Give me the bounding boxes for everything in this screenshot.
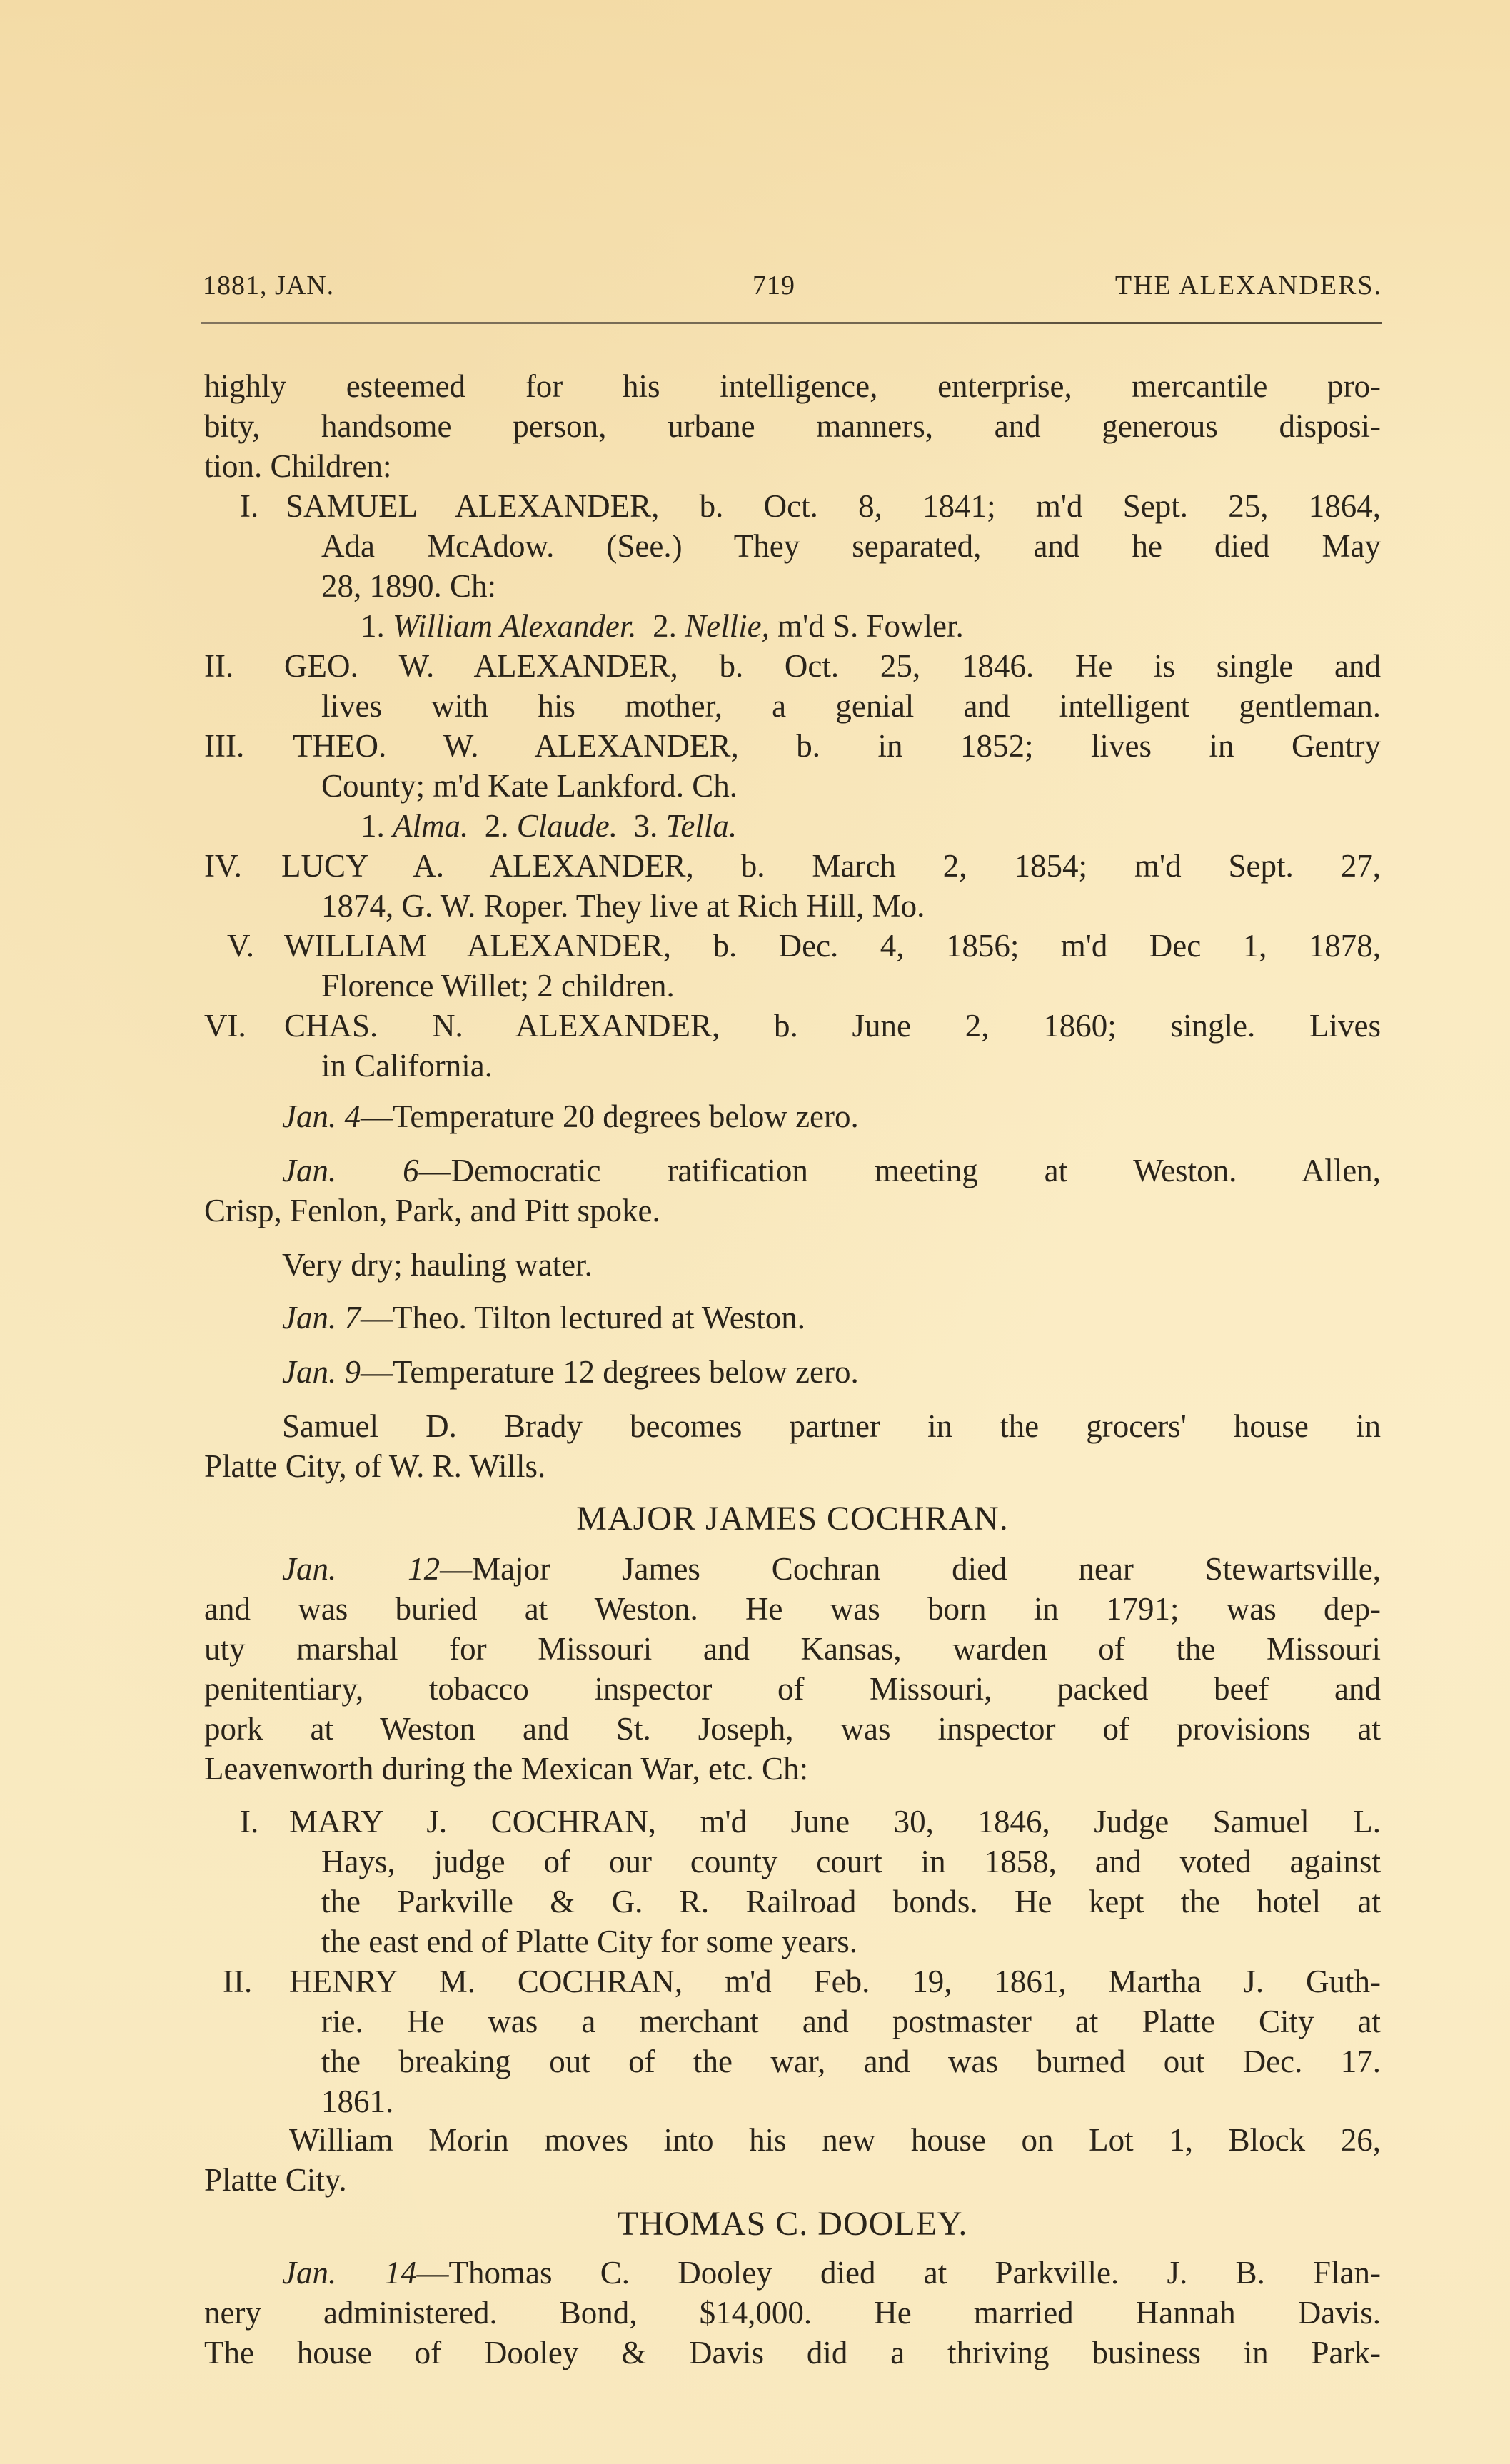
child-numeral: V. [227,926,254,966]
child-entry-line: 28, 1890. Ch: [321,566,496,606]
child-entry-line: MARY J. COCHRAN, m'd June 30, 1846, Judg… [289,1802,1381,1842]
cochran-para-line: uty marshal for Missouri and Kansas, war… [204,1629,1381,1669]
entry-text: —Temperature 12 degrees below zero. [361,1354,859,1390]
cochran-para-line: Jan. 12—Major James Cochran died near St… [282,1549,1381,1589]
header-rule-divider [201,322,1382,324]
entry-text: —Democratic ratification meeting at West… [419,1153,1381,1188]
diary-entry-jan-4: Jan. 4—Temperature 20 degrees below zero… [282,1096,859,1136]
child-entry-line: 1874, G. W. Roper. They live at Rich Hil… [321,886,925,926]
entry-text: —Major James Cochran died near Stewartsv… [440,1551,1381,1587]
running-head: 1881, JAN. 719 THE ALEXANDERS. [203,270,1382,306]
child-numeral: VI. [204,1006,246,1046]
grandchildren-line: 1. Alma. 2. Claude. 3. Tella. [361,806,737,846]
diary-entry-jan-9: Jan. 9—Temperature 12 degrees below zero… [282,1352,859,1392]
child-entry-line: the breaking out of the war, and was bur… [321,2041,1381,2081]
entry-date: Jan. 6 [282,1153,419,1188]
child-entry-line: 1861. [321,2081,393,2121]
child-entry-line: WILLIAM ALEXANDER, b. Dec. 4, 1856; m'd … [284,926,1381,966]
grandchild-number: 3. [634,808,658,844]
grandchild-number: 1. [361,808,385,844]
child-entry-line: lives with his mother, a genial and inte… [321,686,1381,726]
diary-note-brady: Samuel D. Brady becomes partner in the g… [282,1406,1381,1446]
cochran-para-line: penitentiary, tobacco inspector of Misso… [204,1669,1381,1709]
entry-continuation: Crisp, Fenlon, Park, and Pitt spoke. [204,1191,660,1231]
grandchild-name: Alma. [393,808,468,844]
entry-date: Jan. 9 [282,1354,361,1390]
grandchild-name: William Alexander. [393,608,637,644]
entry-date: Jan. 7 [282,1300,361,1335]
dooley-para-line: Jan. 14—Thomas C. Dooley died at Parkvil… [282,2253,1381,2293]
child-numeral: I. [240,1802,258,1842]
diary-entry-jan-7: Jan. 7—Theo. Tilton lectured at Weston. [282,1298,805,1338]
dooley-para-line: nery administered. Bond, $14,000. He mar… [204,2293,1381,2333]
grandchild-number: 2. [485,808,509,844]
child-entry-line: County; m'd Kate Lankford. Ch. [321,766,738,806]
diary-entry-jan-6: Jan. 6—Democratic ratification meeting a… [282,1151,1381,1191]
child-numeral: II. [204,646,233,686]
grandchild-name: Nellie, [685,608,770,644]
child-entry-line: Ada McAdow. (See.) They separated, and h… [321,526,1381,566]
diary-note-very-dry: Very dry; hauling water. [282,1245,593,1285]
cochran-para-line: Leavenworth during the Mexican War, etc.… [204,1749,808,1789]
cochran-para-line: pork at Weston and St. Joseph, was inspe… [204,1709,1381,1749]
child-entry-line: HENRY M. COCHRAN, m'd Feb. 19, 1861, Mar… [289,1961,1381,2001]
entry-date: Jan. 14 [282,2255,417,2291]
grandchildren-line: 1. William Alexander. 2. Nellie, m'd S. … [361,606,964,646]
book-page: 1881, JAN. 719 THE ALEXANDERS. highly es… [0,0,1510,2464]
child-entry-line: GEO. W. ALEXANDER, b. Oct. 25, 1846. He … [284,646,1381,686]
child-entry-line: Hays, judge of our county court in 1858,… [321,1842,1381,1882]
entry-date: Jan. 12 [282,1551,440,1587]
child-numeral: IV. [204,846,242,886]
child-numeral: II. [223,1961,252,2001]
grandchild-name: Tella. [666,808,738,844]
entry-date: Jan. 4 [282,1099,361,1134]
dooley-para-line: The house of Dooley & Davis did a thrivi… [204,2333,1381,2373]
cochran-para-line: and was buried at Weston. He was born in… [204,1589,1381,1629]
child-entry-line: SAMUEL ALEXANDER, b. Oct. 8, 1841; m'd S… [286,486,1381,526]
grandchild-name: Claude. [517,808,618,844]
entry-continuation: Platte City. [204,2160,347,2200]
entry-text: —Temperature 20 degrees below zero. [361,1099,859,1134]
child-entry-line: THEO. W. ALEXANDER, b. in 1852; lives in… [293,726,1381,766]
intro-line-2: bity, handsome person, urbane manners, a… [204,406,1381,446]
entry-text: —Theo. Tilton lectured at Weston. [361,1300,805,1335]
intro-line-3: tion. Children: [204,446,392,486]
diary-note-morin: William Morin moves into his new house o… [289,2120,1381,2160]
child-entry-line: Florence Willet; 2 children. [321,966,675,1006]
page-number: 719 [753,270,795,301]
running-head-date: 1881, JAN. [203,270,334,301]
child-entry-line: rie. He was a merchant and postmaster at… [321,2001,1381,2041]
running-head-title: THE ALEXANDERS. [1115,270,1382,301]
entry-text: —Thomas C. Dooley died at Parkville. J. … [417,2255,1381,2291]
child-entry-line: CHAS. N. ALEXANDER, b. June 2, 1860; sin… [284,1006,1381,1046]
child-entry-line: in California. [321,1046,493,1086]
child-entry-line: the east end of Platte City for some yea… [321,1922,857,1961]
grandchild-number: 2. [653,608,677,644]
entry-continuation: Platte City, of W. R. Wills. [204,1446,545,1486]
intro-line-1: highly esteemed for his intelligence, en… [204,366,1381,406]
section-heading-cochran: MAJOR JAMES COCHRAN. [204,1498,1381,1540]
section-heading-dooley: THOMAS C. DOOLEY. [204,2203,1381,2246]
child-entry-line: the Parkville & G. R. Railroad bonds. He… [321,1882,1381,1922]
child-numeral: I. [240,486,258,526]
child-entry-line: LUCY A. ALEXANDER, b. March 2, 1854; m'd… [281,846,1381,886]
child-numeral: III. [204,726,244,766]
grandchild-number: 1. [361,608,385,644]
grandchild-note: m'd S. Fowler. [770,608,964,644]
